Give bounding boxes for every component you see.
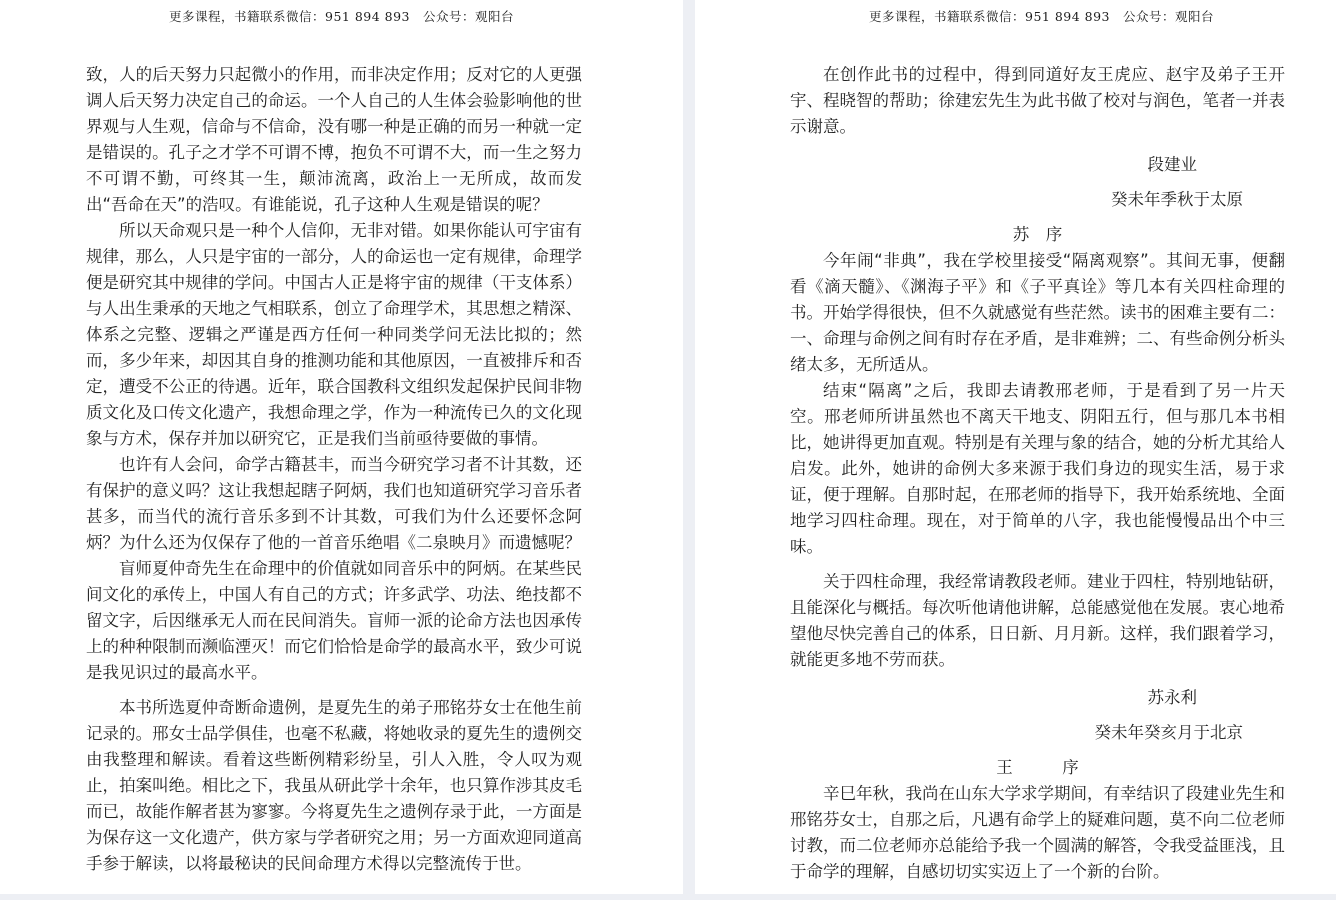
pdf-viewer[interactable]: 更多课程，书籍联系微信：951 894 893 公众号：观阳台 致，人的后天努力… (0, 0, 1336, 900)
paragraph: 也许有人会问，命学古籍甚丰，而当今研究学习者不计其数，还有保护的意义吗？这让我想… (86, 452, 582, 556)
page-left-body: 致，人的后天努力只起微小的作用，而非决定作用；反对它的人更强调人后天努力决定自己… (86, 62, 582, 877)
paragraph: 致，人的后天努力只起微小的作用，而非决定作用；反对它的人更强调人后天努力决定自己… (86, 62, 582, 218)
page-header-watermark: 更多课程，书籍联系微信：951 894 893 公众号：观阳台 (0, 0, 683, 25)
viewer-bottom-edge (0, 894, 1336, 900)
paragraph: 关于四柱命理，我经常请教段老师。建业于四柱，特别地钻研，且能深化与概括。每次听他… (790, 569, 1285, 673)
paragraph: 盲师夏仲奇先生在命理中的价值就如同音乐中的阿炳。在某些民间文化的承传上，中国人有… (86, 556, 582, 686)
page-right-body: 在创作此书的过程中，得到同道好友王虎应、赵宇及弟子王开宇、程晓智的帮助；徐建宏先… (790, 62, 1285, 885)
page-left: 更多课程，书籍联系微信：951 894 893 公众号：观阳台 致，人的后天努力… (0, 0, 683, 894)
section-heading: 王 序 (790, 755, 1285, 781)
paragraph: 辛巳年秋，我尚在山东大学求学期间，有幸结识了段建业先生和邢铭芬女士，自那之后，凡… (790, 781, 1285, 885)
signature-line: 苏永利 (790, 685, 1285, 711)
paragraph: 本书所选夏仲奇断命遗例，是夏先生的弟子邢铭芬女士在他生前记录的。邢女士品学俱佳，… (86, 695, 582, 877)
paragraph: 结束“隔离”之后，我即去请教邢老师，于是看到了另一片天空。邢老师所讲虽然也不离天… (790, 378, 1285, 560)
page-gap-divider (683, 0, 695, 900)
paragraph: 所以天命观只是一种个人信仰，无非对错。如果你能认可宇宙有规律，那么，人只是宇宙的… (86, 218, 582, 452)
paragraph: 在创作此书的过程中，得到同道好友王虎应、赵宇及弟子王开宇、程晓智的帮助；徐建宏先… (790, 62, 1285, 140)
signature-line: 段建业 (790, 152, 1285, 178)
date-line: 癸未年季秋于太原 (790, 187, 1285, 213)
date-line: 癸未年癸亥月于北京 (790, 720, 1285, 746)
section-heading: 苏 序 (790, 222, 1285, 248)
page-header-watermark: 更多课程，书籍联系微信：951 894 893 公众号：观阳台 (695, 0, 1336, 25)
page-right: 更多课程，书籍联系微信：951 894 893 公众号：观阳台 在创作此书的过程… (695, 0, 1336, 894)
paragraph: 今年闹“非典”，我在学校里接受“隔离观察”。其间无事，便翻看《滴天髓》、《渊海子… (790, 248, 1285, 378)
